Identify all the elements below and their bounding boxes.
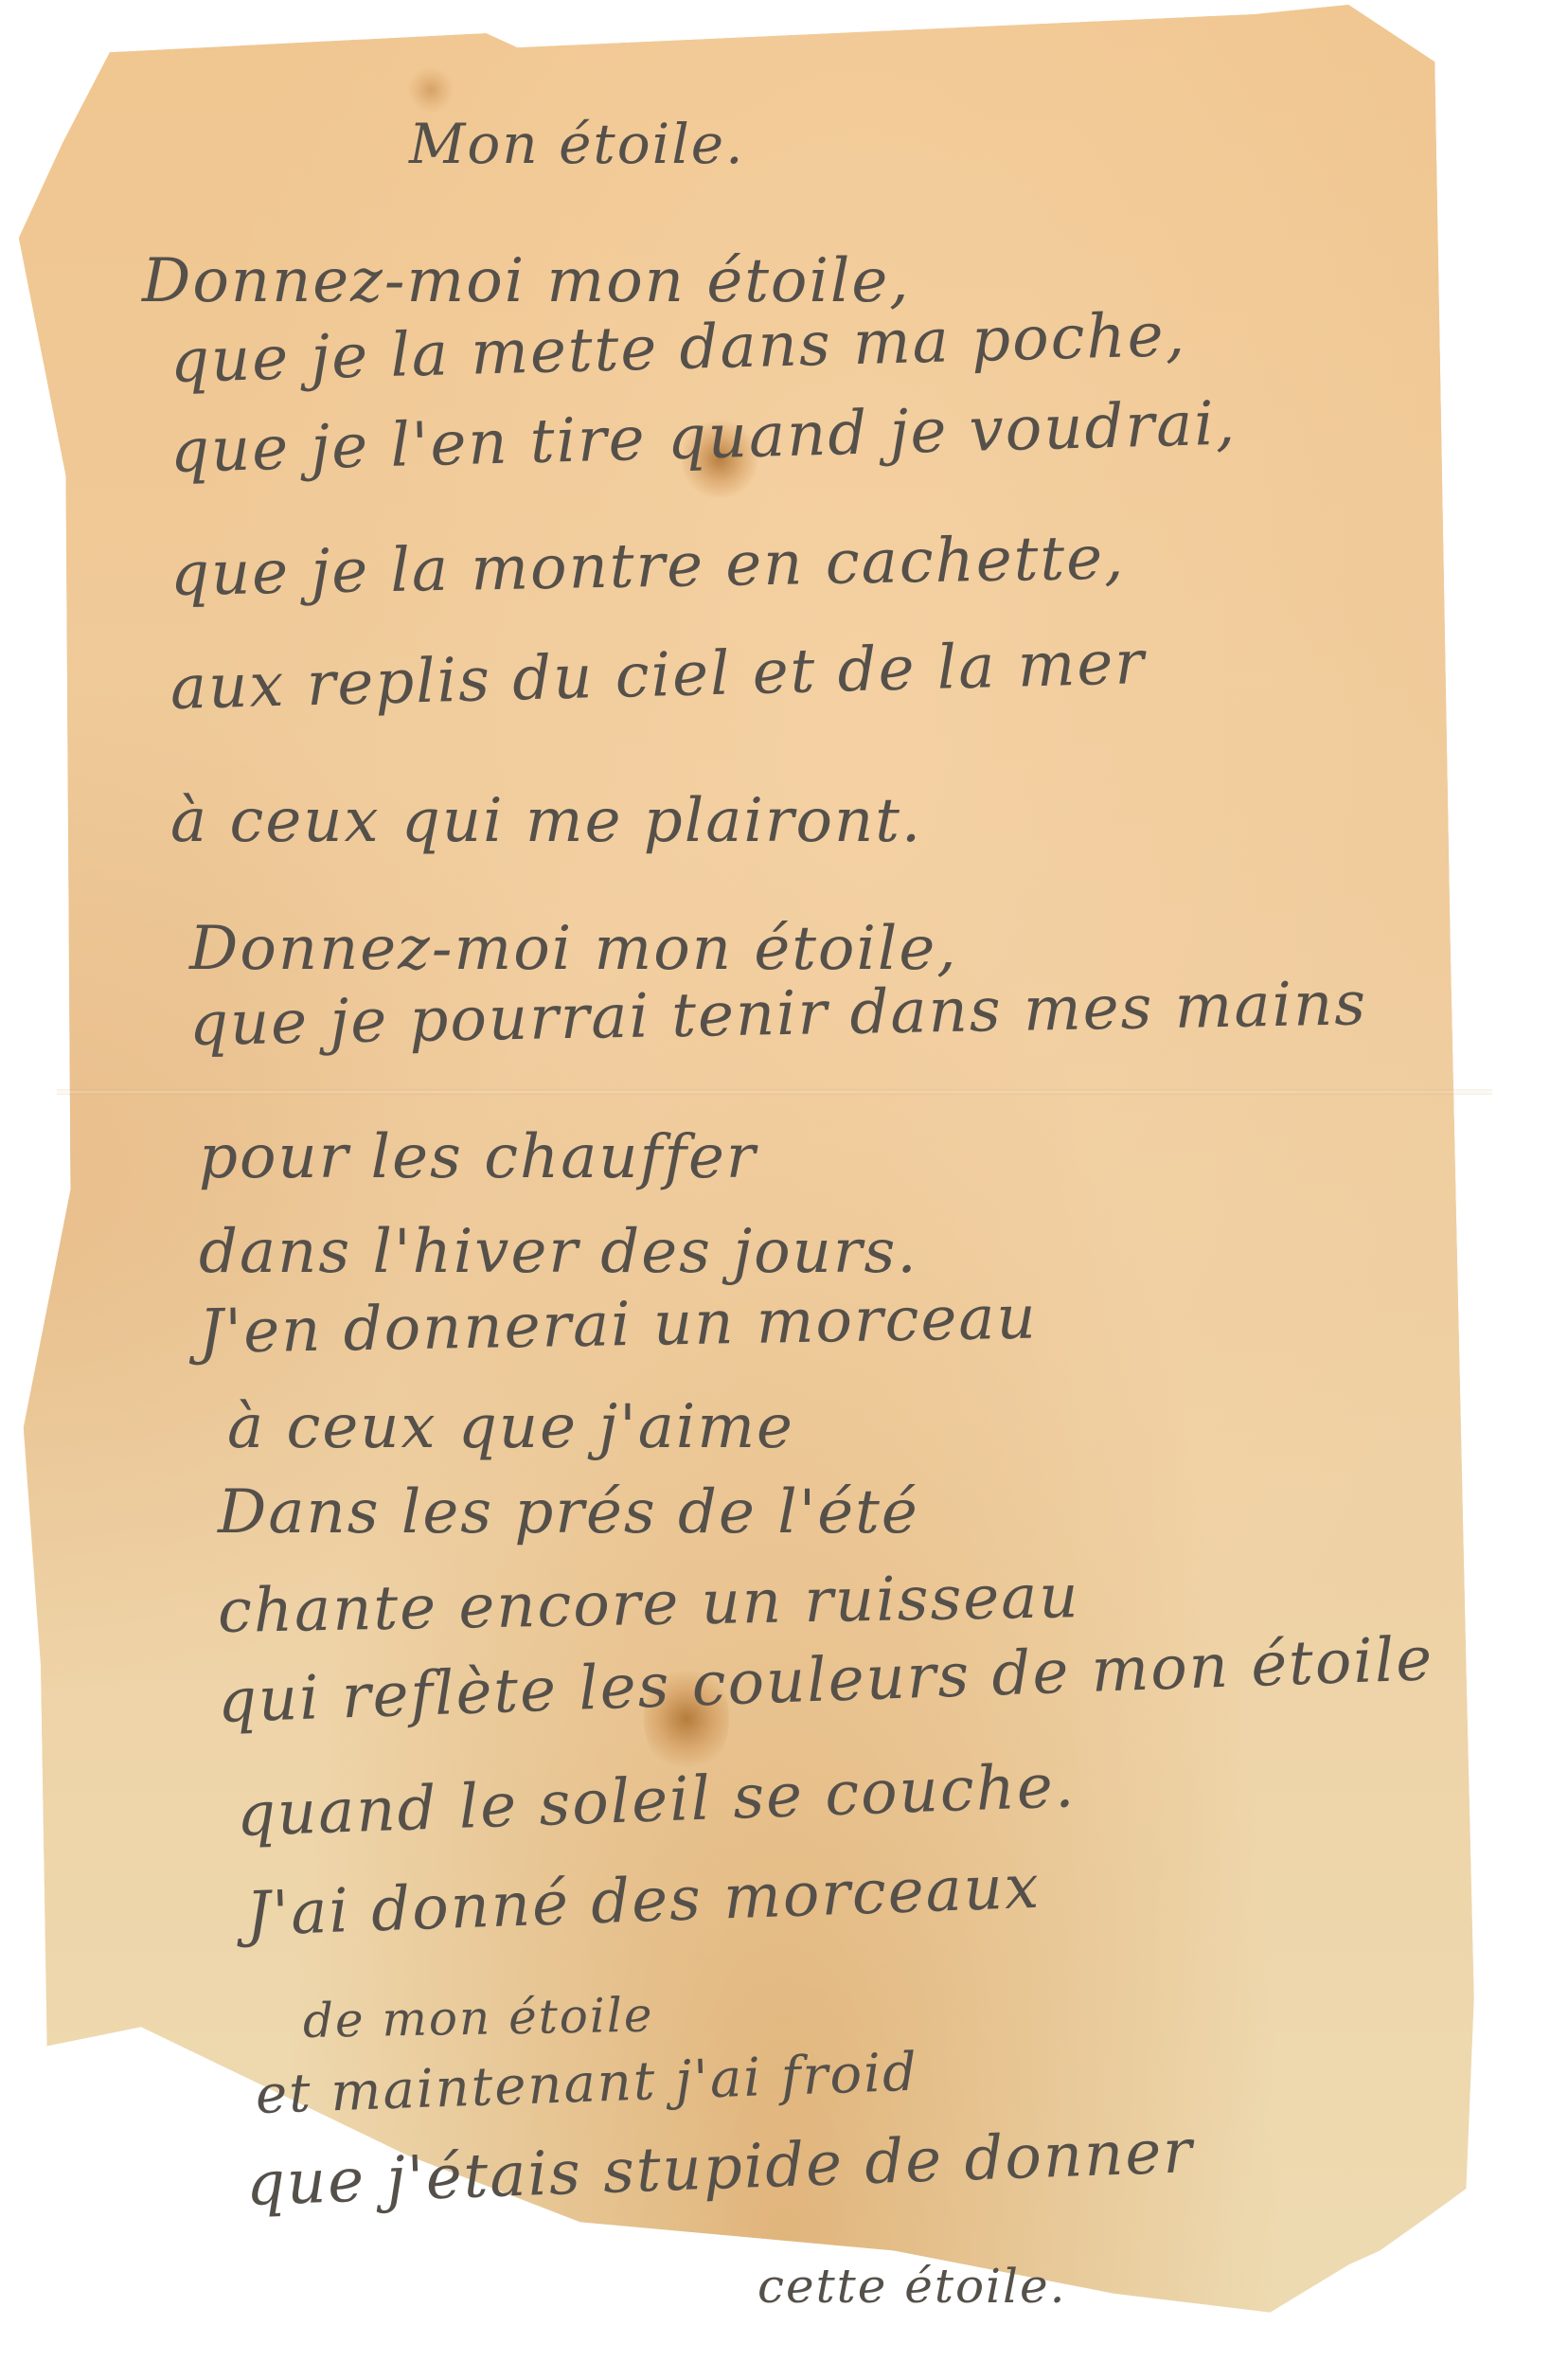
poem-line: J'en donnerai un morceau	[198, 1283, 1038, 1368]
stain-faint	[407, 66, 454, 114]
poem-line: pour les chauffer	[199, 1122, 757, 1192]
poem-line: à ceux qui me plairont.	[170, 786, 922, 856]
poem-line: Donnez-moi mon étoile,	[189, 914, 958, 984]
paper-fold-crease	[57, 1089, 1492, 1095]
poem-line: à ceux que j'aime	[227, 1392, 794, 1462]
poem-title: Mon étoile.	[409, 112, 745, 176]
poem-line: Dans les prés de l'été	[218, 1477, 919, 1547]
poem-line: Donnez-moi mon étoile,	[142, 246, 911, 316]
poem-line: de mon étoile	[302, 1988, 653, 2048]
poem-line: cette étoile.	[757, 2259, 1067, 2314]
poem-line: dans l'hiver des jours.	[199, 1217, 918, 1287]
